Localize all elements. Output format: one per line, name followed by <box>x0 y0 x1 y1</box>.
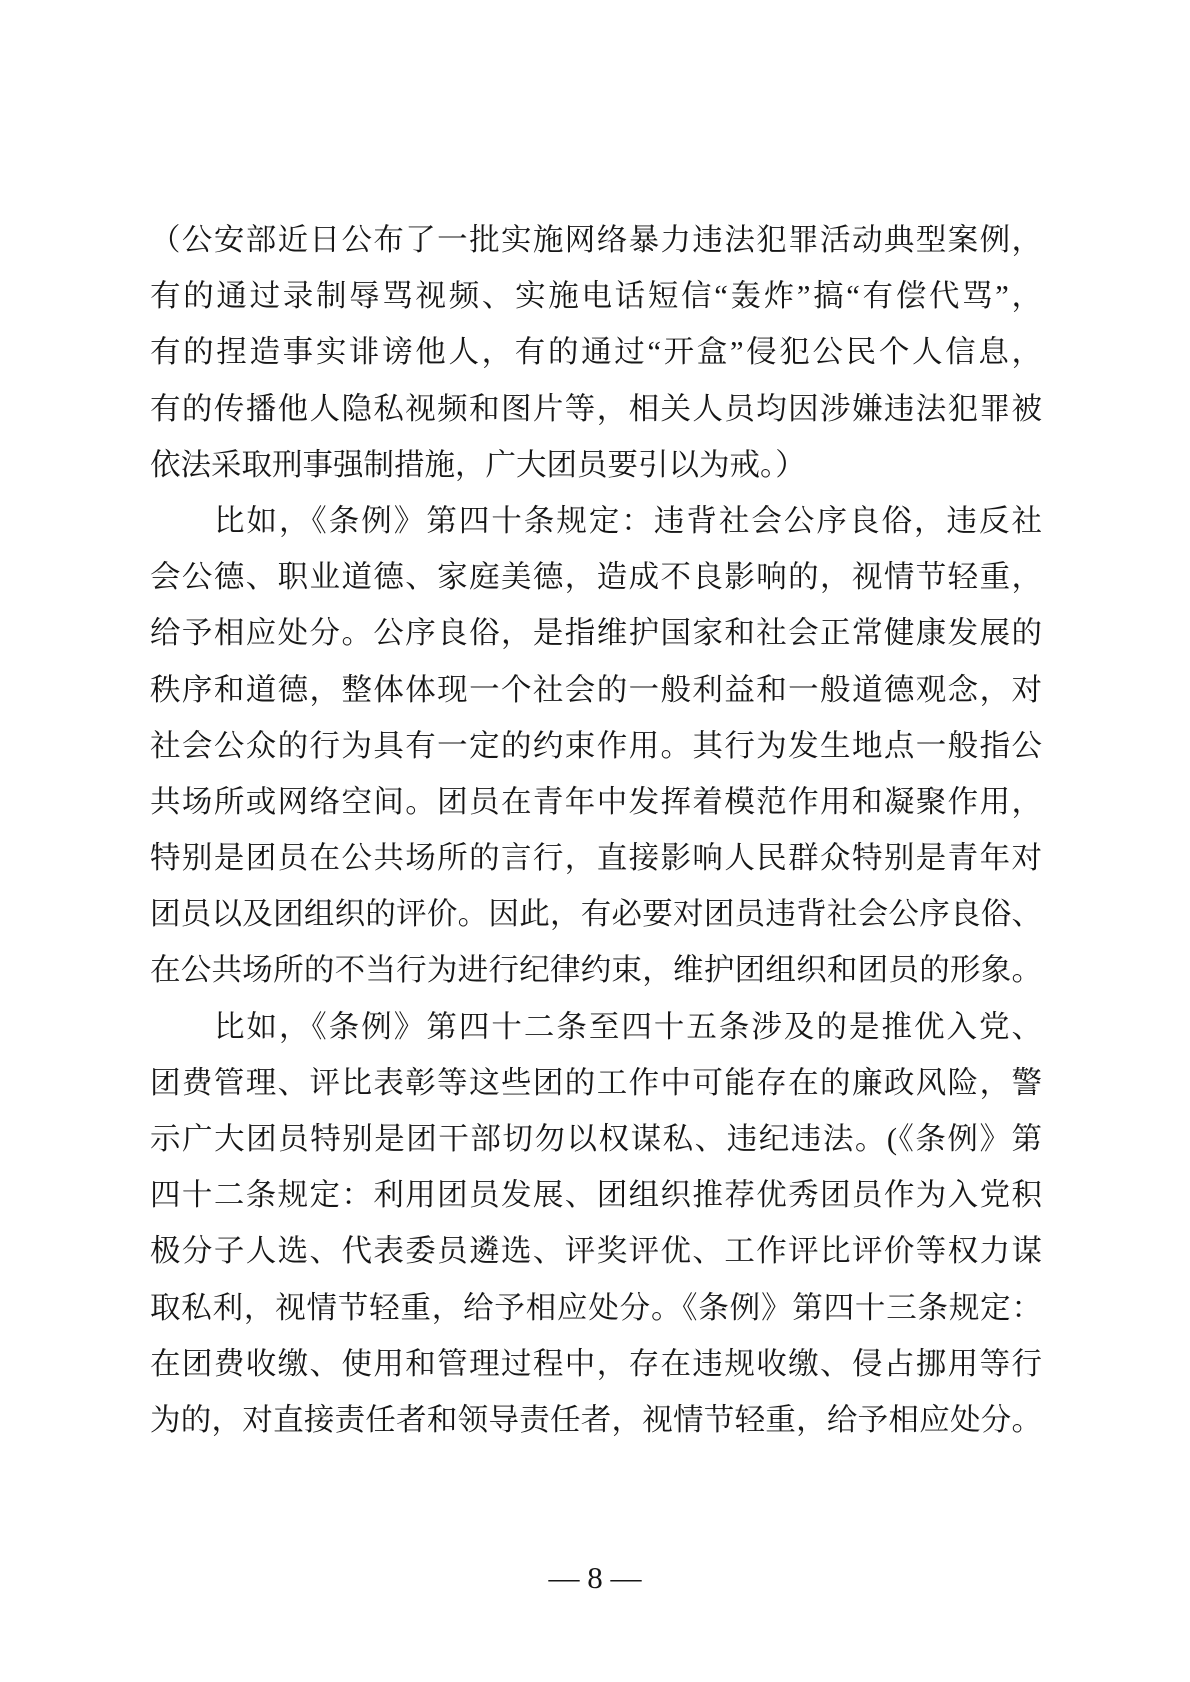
page-number: — 8 — <box>549 1560 642 1595</box>
text-line: 给予相应处分。公序良俗，是指维护国家和社会正常健康发展的 <box>150 605 1042 661</box>
text-line: 特别是团员在公共场所的言行，直接影响人民群众特别是青年对 <box>150 830 1042 886</box>
text-line: 有的通过录制辱骂视频、实施电话短信“轰炸”搞“有偿代骂”， <box>150 268 1042 324</box>
document-body: （公安部近日公布了一批实施网络暴力违法犯罪活动典型案例，有的通过录制辱骂视频、实… <box>150 212 1042 1448</box>
text-line: 社会公众的行为具有一定的约束作用。其行为发生地点一般指公 <box>150 718 1042 774</box>
text-line: 为的，对直接责任者和领导责任者，视情节轻重，给予相应处分。 <box>150 1392 1042 1448</box>
text-line: 比如，《条例》第四十二条至四十五条涉及的是推优入党、 <box>150 999 1042 1055</box>
text-line: 在团费收缴、使用和管理过程中，存在违规收缴、侵占挪用等行 <box>150 1336 1042 1392</box>
paragraph: （公安部近日公布了一批实施网络暴力违法犯罪活动典型案例，有的通过录制辱骂视频、实… <box>150 212 1042 493</box>
text-line: 在公共场所的不当行为进行纪律约束，维护团组织和团员的形象。 <box>150 942 1042 998</box>
paragraph: 比如，《条例》第四十二条至四十五条涉及的是推优入党、团费管理、评比表彰等这些团的… <box>150 999 1042 1449</box>
text-line: 团员以及团组织的评价。因此，有必要对团员违背社会公序良俗、 <box>150 886 1042 942</box>
text-line: 极分子人选、代表委员遴选、评奖评优、工作评比评价等权力谋 <box>150 1223 1042 1279</box>
text-line: 有的传播他人隐私视频和图片等，相关人员均因涉嫌违法犯罪被 <box>150 381 1042 437</box>
text-line: 取私利，视情节轻重，给予相应处分。《条例》第四十三条规定： <box>150 1280 1042 1336</box>
text-line: 依法采取刑事强制措施，广大团员要引以为戒。） <box>150 437 1042 493</box>
text-line: 四十二条规定：利用团员发展、团组织推荐优秀团员作为入党积 <box>150 1167 1042 1223</box>
text-line: （公安部近日公布了一批实施网络暴力违法犯罪活动典型案例， <box>150 212 1042 268</box>
text-line: 有的捏造事实诽谤他人，有的通过“开盒”侵犯公民个人信息， <box>150 324 1042 380</box>
document-page: （公安部近日公布了一批实施网络暴力违法犯罪活动典型案例，有的通过录制辱骂视频、实… <box>0 0 1190 1682</box>
text-line: 团费管理、评比表彰等这些团的工作中可能存在的廉政风险，警 <box>150 1055 1042 1111</box>
text-line: 示广大团员特别是团干部切勿以权谋私、违纪违法。(《条例》第 <box>150 1111 1042 1167</box>
text-line: 秩序和道德，整体体现一个社会的一般利益和一般道德观念，对 <box>150 662 1042 718</box>
text-line: 会公德、职业道德、家庭美德，造成不良影响的，视情节轻重， <box>150 549 1042 605</box>
page-footer: — 8 — <box>0 1556 1190 1600</box>
text-line: 共场所或网络空间。团员在青年中发挥着模范作用和凝聚作用， <box>150 774 1042 830</box>
paragraph: 比如，《条例》第四十条规定：违背社会公序良俗，违反社会公德、职业道德、家庭美德，… <box>150 493 1042 999</box>
text-line: 比如，《条例》第四十条规定：违背社会公序良俗，违反社 <box>150 493 1042 549</box>
